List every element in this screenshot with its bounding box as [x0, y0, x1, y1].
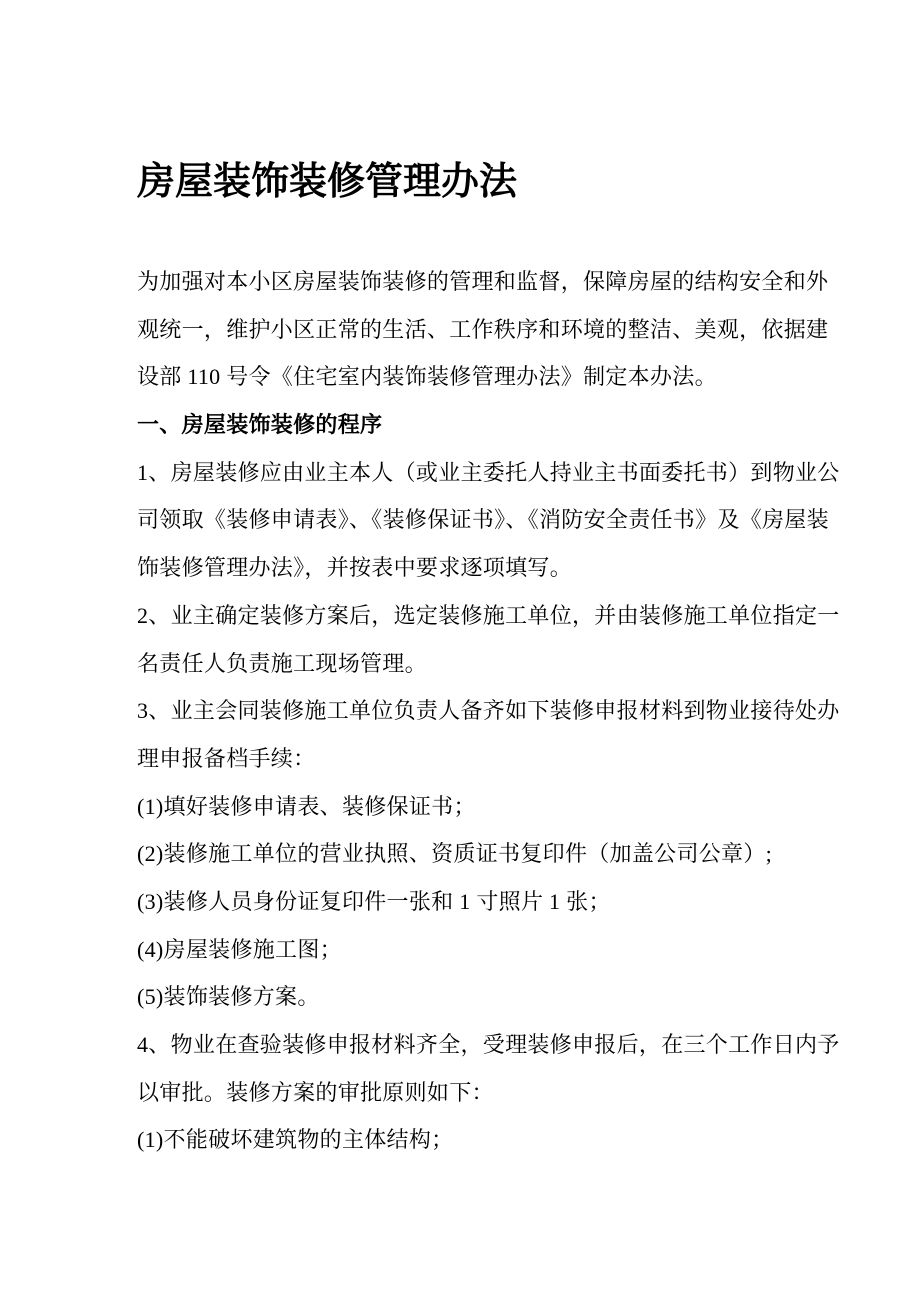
item-4-line-1: 4、物业在查验装修申报材料齐全，受理装修申报后，在三个工作日内予: [137, 1021, 837, 1069]
item-2-line-1: 2、业主确定装修方案后，选定装修施工单位，并由装修施工单位指定一: [137, 592, 837, 640]
subitem-2: (2)装修施工单位的营业执照、资质证书复印件（加盖公司公章）;: [137, 830, 837, 878]
subitem-1: (1)填好装修申请表、装修保证书；: [137, 783, 837, 831]
intro-paragraph-line-1: 为加强对本小区房屋装饰装修的管理和监督，保障房屋的结构安全和外: [137, 258, 837, 306]
item-3-line-1: 3、业主会同装修施工单位负责人备齐如下装修申报材料到物业接待处办: [137, 687, 837, 735]
section-heading: 一、房屋装饰装修的程序: [137, 401, 837, 449]
item-4-line-2: 以审批。装修方案的审批原则如下：: [137, 1069, 837, 1117]
subitem-5: (5)装饰装修方案。: [137, 973, 837, 1021]
intro-paragraph-line-3: 设部 110 号令《住宅室内装饰装修管理办法》制定本办法。: [137, 353, 837, 401]
item-3-line-2: 理申报备档手续：: [137, 735, 837, 783]
document-title: 房屋装饰装修管理办法: [137, 160, 517, 204]
subitem-4: (4)房屋装修施工图；: [137, 926, 837, 974]
approval-rule-1: (1)不能破坏建筑物的主体结构；: [137, 1116, 837, 1164]
document-body: 为加强对本小区房屋装饰装修的管理和监督，保障房屋的结构安全和外 观统一，维护小区…: [137, 258, 837, 1164]
document-page: 房屋装饰装修管理办法 为加强对本小区房屋装饰装修的管理和监督，保障房屋的结构安全…: [0, 0, 920, 1302]
intro-paragraph-line-2: 观统一，维护小区正常的生活、工作秩序和环境的整洁、美观，依据建: [137, 306, 837, 354]
item-2-line-2: 名责任人负责施工现场管理。: [137, 640, 837, 688]
item-1-line-3: 饰装修管理办法》，并按表中要求逐项填写。: [137, 544, 837, 592]
item-1-line-2: 司领取《装修申请表》、《装修保证书》、《消防安全责任书》及《房屋装: [137, 496, 837, 544]
subitem-3: (3)装修人员身份证复印件一张和 1 寸照片 1 张；: [137, 878, 837, 926]
item-1-line-1: 1、房屋装修应由业主本人（或业主委托人持业主书面委托书）到物业公: [137, 449, 837, 497]
